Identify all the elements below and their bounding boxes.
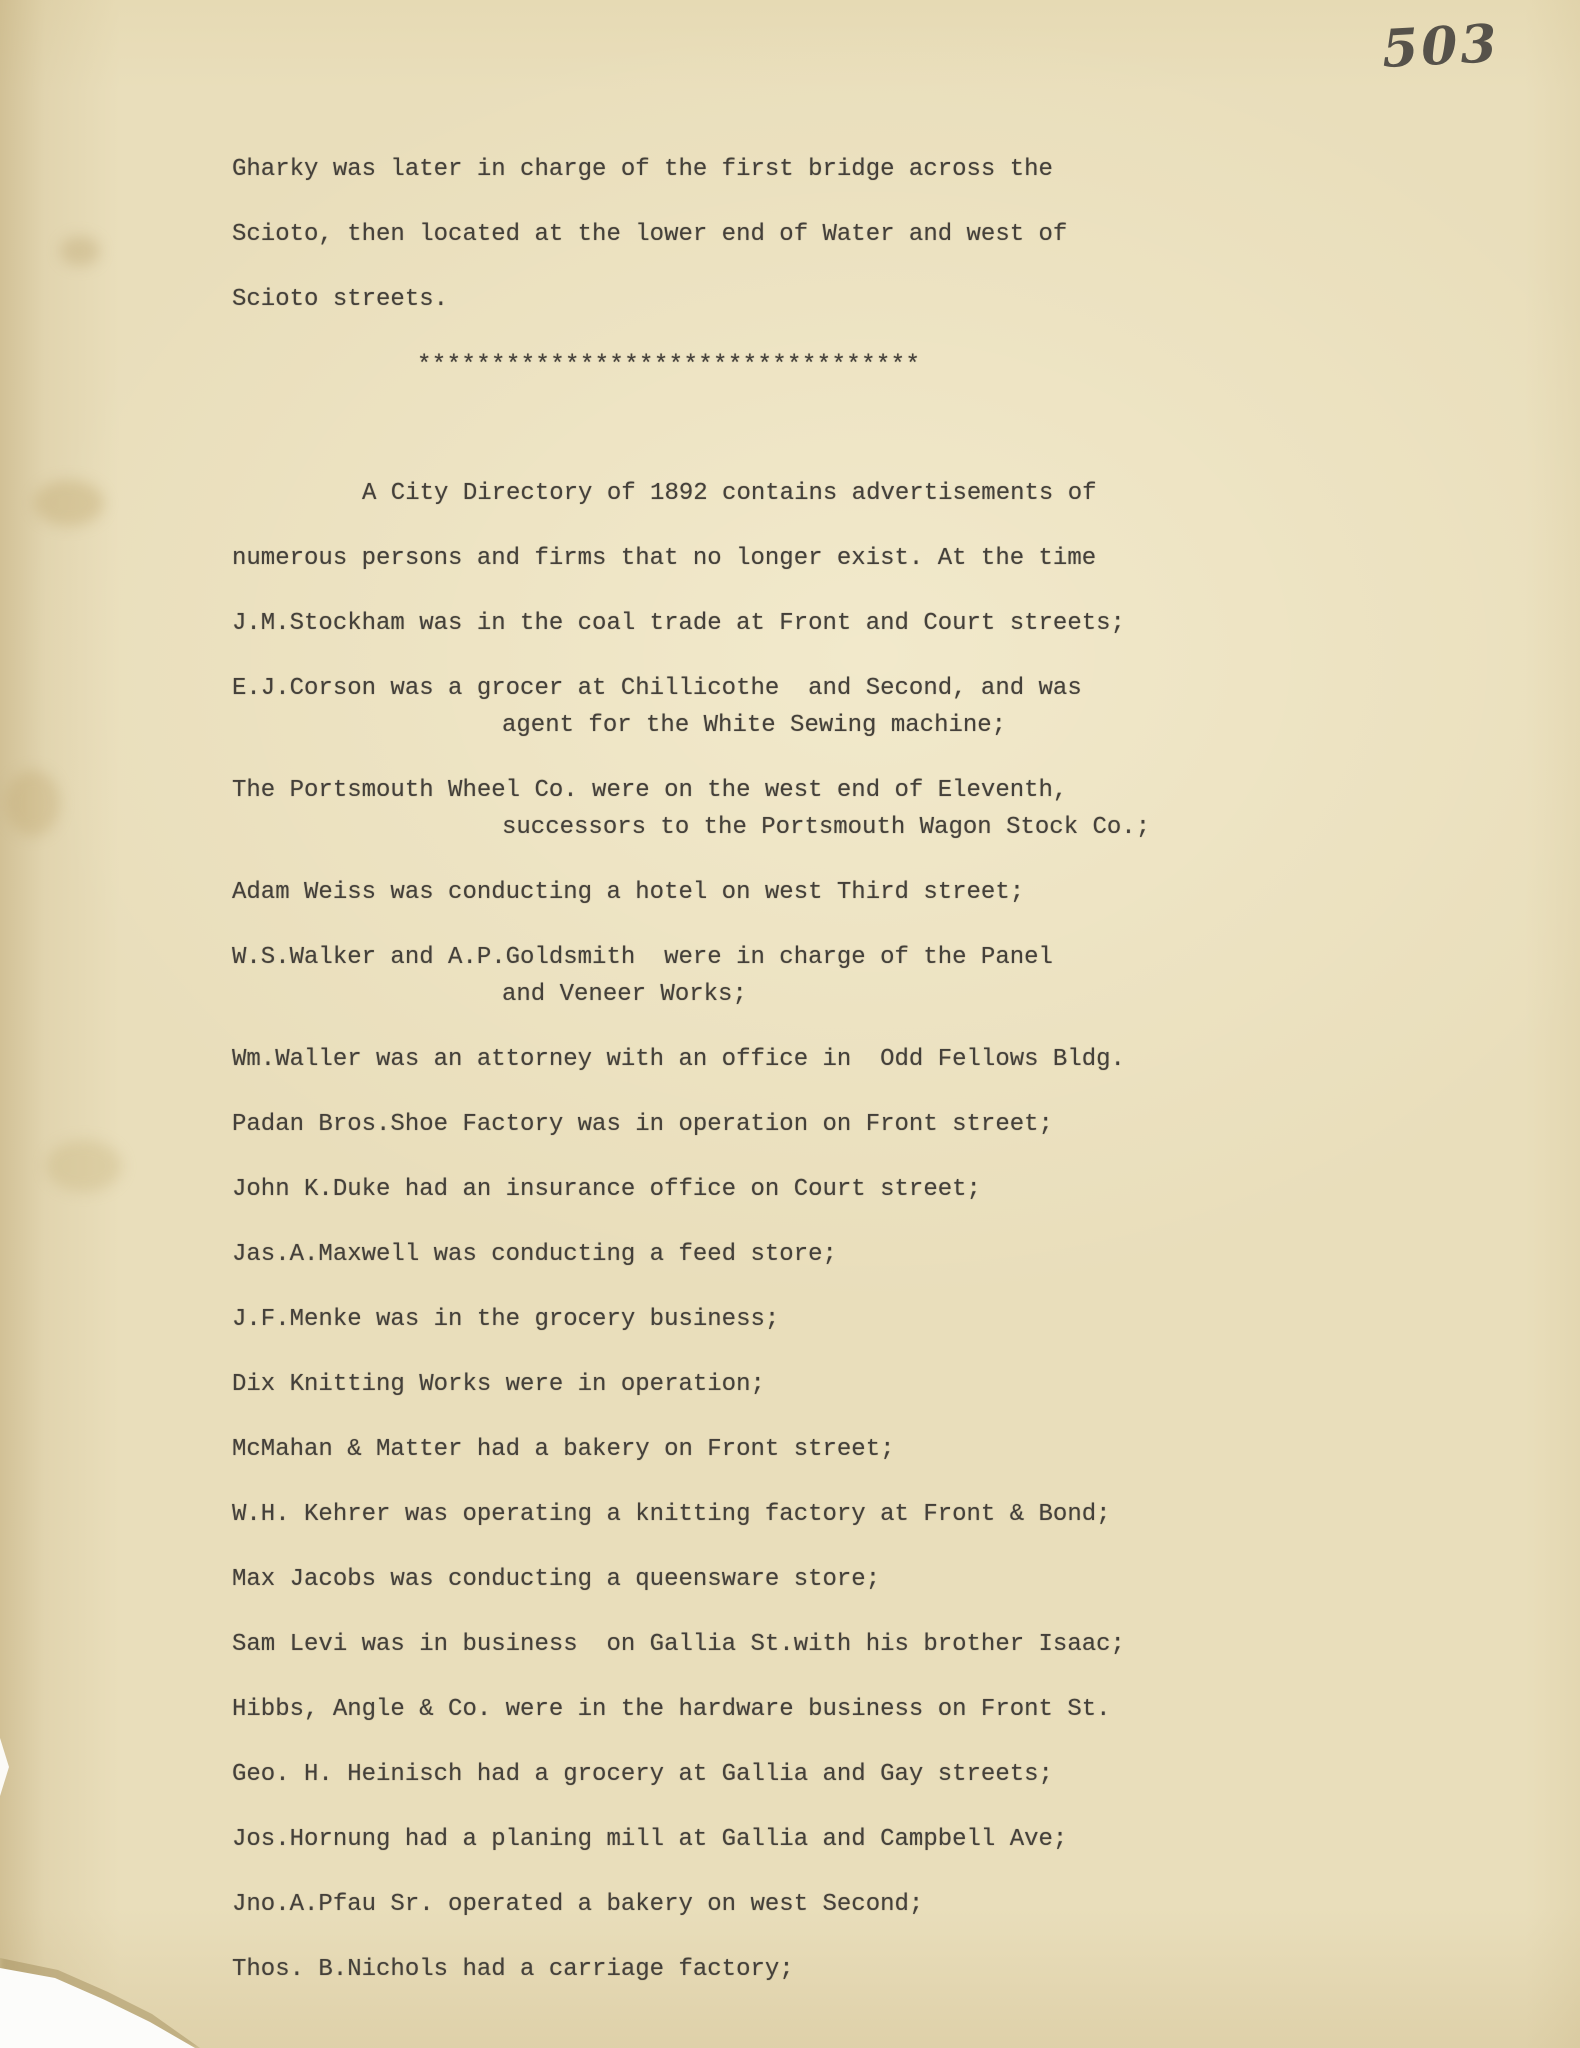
typed-line: A City Directory of 1892 contains advert… xyxy=(362,479,1580,509)
typed-line: Scioto streets. xyxy=(232,285,1580,315)
typed-line: John K.Duke had an insurance office on C… xyxy=(232,1175,1580,1205)
scanned-document-page: 503 Gharky was later in charge of the fi… xyxy=(0,0,1580,2048)
typed-line: Max Jacobs was conducting a queensware s… xyxy=(232,1565,1580,1595)
typed-line: Jos.Hornung had a planing mill at Gallia… xyxy=(232,1825,1580,1855)
typed-line: Gharky was later in charge of the first … xyxy=(232,155,1580,185)
typed-line: Hibbs, Angle & Co. were in the hardware … xyxy=(232,1695,1580,1725)
typed-line: Padan Bros.Shoe Factory was in operation… xyxy=(232,1110,1580,1140)
typed-line: Jno.A.Pfau Sr. operated a bakery on west… xyxy=(232,1890,1580,1920)
typed-line: Geo. H. Heinisch had a grocery at Gallia… xyxy=(232,1760,1580,1790)
typed-line: Adam Weiss was conducting a hotel on wes… xyxy=(232,878,1580,908)
typed-line: W.H. Kehrer was operating a knitting fac… xyxy=(232,1500,1580,1530)
typed-line: E.J.Corson was a grocer at Chillicothe a… xyxy=(232,674,1580,704)
typed-line: Jas.A.Maxwell was conducting a feed stor… xyxy=(232,1240,1580,1270)
typed-line: J.F.Menke was in the grocery business; xyxy=(232,1305,1580,1335)
typed-line: Dix Knitting Works were in operation; xyxy=(232,1370,1580,1400)
typed-line: W.S.Walker and A.P.Goldsmith were in cha… xyxy=(232,943,1580,973)
typed-line: Scioto, then located at the lower end of… xyxy=(232,220,1580,250)
typed-line-continuation: and Veneer Works; xyxy=(502,980,1580,1010)
typed-line: J.M.Stockham was in the coal trade at Fr… xyxy=(232,609,1580,639)
typed-line: Sam Levi was in business on Gallia St.wi… xyxy=(232,1630,1580,1660)
asterisk-separator: ********************************** xyxy=(417,351,1580,381)
typed-line: numerous persons and firms that no longe… xyxy=(232,544,1580,574)
typed-line-continuation: agent for the White Sewing machine; xyxy=(502,711,1580,741)
typed-line: Thos. B.Nichols had a carriage factory; xyxy=(232,1955,1580,1985)
typed-line: Wm.Waller was an attorney with an office… xyxy=(232,1045,1580,1075)
typed-line-continuation: successors to the Portsmouth Wagon Stock… xyxy=(502,813,1580,843)
typed-line: McMahan & Matter had a bakery on Front s… xyxy=(232,1435,1580,1465)
typewritten-text-block: Gharky was later in charge of the first … xyxy=(0,0,1580,1985)
typed-line: The Portsmouth Wheel Co. were on the wes… xyxy=(232,776,1580,806)
